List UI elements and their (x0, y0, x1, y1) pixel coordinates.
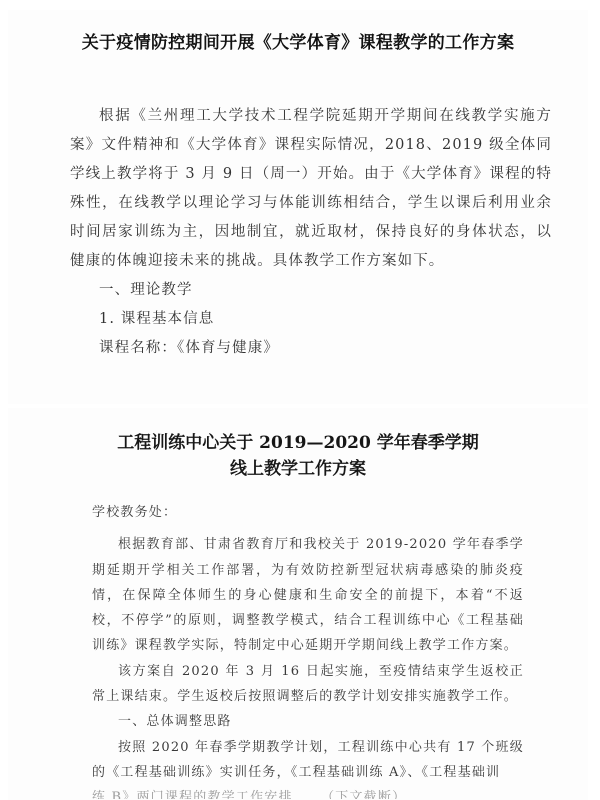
intro-paragraph: 根据《兰州理工大学技术工程学院延期开学期间在线教学实施方案》文件精神和《大学体育… (70, 102, 552, 276)
title-line-1: 工程训练中心关于 2019—2020 学年春季学期 (8, 430, 588, 456)
document-title: 关于疫情防控期间开展《大学体育》课程教学的工作方案 (8, 28, 588, 53)
section-heading: 一、总体调整思路 (92, 709, 524, 734)
body-paragraph: 根据教育部、甘肃省教育厅和我校关于 2019-2020 学年春季学期延期开学相关… (92, 532, 524, 658)
document-body: 根据《兰州理工大学技术工程学院延期开学期间在线教学实施方案》文件精神和《大学体育… (70, 102, 552, 363)
document-page-pe-course-plan: 关于疫情防控期间开展《大学体育》课程教学的工作方案 根据《兰州理工大学技术工程学… (8, 10, 588, 404)
section-paragraph: 按照 2020 年春季学期教学计划，工程训练中心共有 17 个班级的《工程基础训… (92, 735, 524, 786)
title-line-2: 线上教学工作方案 (8, 456, 588, 482)
body-paragraph: 该方案自 2020 年 3 月 16 日起实施，至疫情结束学生返校正常上课结束。… (92, 659, 524, 710)
document-page-engineering-training-plan: 工程训练中心关于 2019—2020 学年春季学期 线上教学工作方案 学校教务处… (8, 408, 588, 800)
clipped-line: 练 B》两门课程的教学工作安排……（下文截断） (92, 785, 524, 799)
section-heading: 一、理论教学 (70, 276, 552, 305)
document-body: 学校教务处： 根据教育部、甘肃省教育厅和我校关于 2019-2020 学年春季学… (92, 500, 524, 799)
salutation: 学校教务处： (92, 500, 524, 525)
course-name-line: 课程名称：《体育与健康》 (70, 334, 552, 363)
document-title: 工程训练中心关于 2019—2020 学年春季学期 线上教学工作方案 (8, 430, 588, 482)
subsection-heading: 1. 课程基本信息 (70, 305, 552, 334)
